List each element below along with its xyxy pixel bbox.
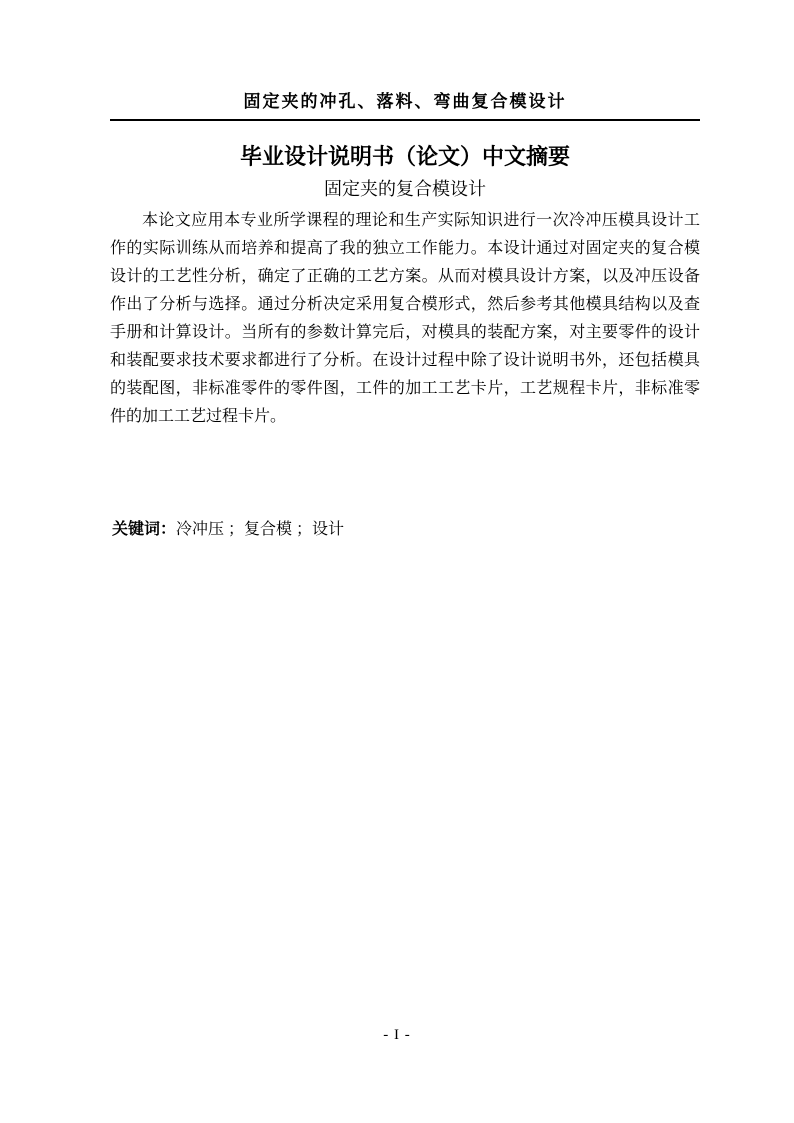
page-number: - I -	[0, 1027, 794, 1044]
keywords-label: 关键词：	[112, 521, 176, 538]
document-page: 固定夹的冲孔、落料、弯曲复合模设计 毕业设计说明书（论文）中文摘要 固定夹的复合…	[0, 0, 794, 1123]
page-title: 毕业设计说明书（论文）中文摘要	[110, 140, 700, 171]
page-subtitle: 固定夹的复合模设计	[110, 175, 700, 201]
running-header: 固定夹的冲孔、落料、弯曲复合模设计	[110, 87, 700, 121]
running-header-text: 固定夹的冲孔、落料、弯曲复合模设计	[244, 92, 567, 111]
keywords-line: 关键词：冷冲压 ；复合模 ；设计	[112, 519, 702, 541]
keywords-value: 冷冲压 ；复合模 ；设计	[176, 521, 344, 538]
abstract-paragraph: 本论文应用本专业所学课程的理论和生产实际知识进行一次冷冲压模具设计工作的实际训练…	[110, 207, 700, 431]
